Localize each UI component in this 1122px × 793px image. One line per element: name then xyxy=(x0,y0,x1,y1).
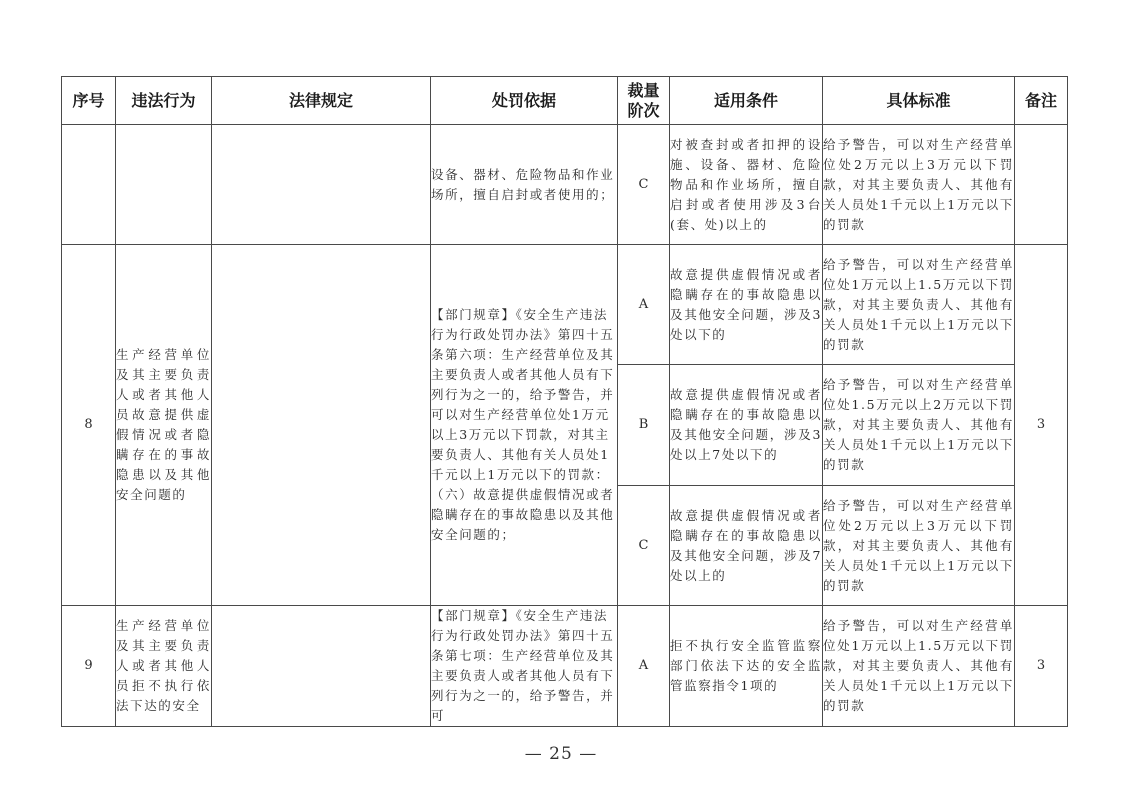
cell-standard: 给予警告，可以对生产经营单位处1.5万元以上2万元以下罚款，对其主要负责人、其他… xyxy=(823,365,1015,486)
header-level: 裁量阶次 xyxy=(618,77,670,125)
cell-seq xyxy=(62,125,116,245)
condition-text: 对被查封或者扣押的设施、设备、器材、危险物品和作业场所，擅自启封或者使用涉及3台… xyxy=(670,135,822,235)
cell-remark xyxy=(1015,125,1068,245)
cell-law xyxy=(212,125,431,245)
document-page: 序号 违法行为 法律规定 处罚依据 裁量阶次 适用条件 具体标准 备注 设备、器… xyxy=(0,0,1122,793)
standard-text: 给予警告，可以对生产经营单位处2万元以上3万元以下罚款，对其主要负责人、其他有关… xyxy=(823,135,1014,235)
header-seq: 序号 xyxy=(62,77,116,125)
cell-level: A xyxy=(618,245,670,365)
penalty-discretion-table: 序号 违法行为 法律规定 处罚依据 裁量阶次 适用条件 具体标准 备注 设备、器… xyxy=(61,76,1068,727)
cell-standard: 给予警告，可以对生产经营单位处2万元以上3万元以下罚款，对其主要负责人、其他有关… xyxy=(823,486,1015,606)
table-row-9a: 9 生产经营单位及其主要负责人或者其他人员拒不执行依法下达的安全 【部门规章】《… xyxy=(62,606,1068,727)
cell-level: C xyxy=(618,125,670,245)
standard-text: 给予警告，可以对生产经营单位处1万元以上1.5万元以下罚款，对其主要负责人、其他… xyxy=(823,616,1014,716)
cell-level: C xyxy=(618,486,670,606)
table-row-8a: 8 生产经营单位及其主要负责人或者其他人员故意提供虚假情况或者隐瞒存在的事故隐患… xyxy=(62,245,1068,365)
condition-text: 拒不执行安全监管监察部门依法下达的安全监管监察指令1项的 xyxy=(670,636,822,696)
violation-text: 生产经营单位及其主要负责人或者其他人员故意提供虚假情况或者隐瞒存在的事故隐患以及… xyxy=(116,345,211,505)
page-number: — 25 — xyxy=(0,744,1122,764)
cell-basis: 【部门规章】《安全生产违法行为行政处罚办法》第四十五条第六项：生产经营单位及其主… xyxy=(431,245,618,606)
condition-text: 故意提供虚假情况或者隐瞒存在的事故隐患以及其他安全问题，涉及3处以上7处以下的 xyxy=(670,385,822,465)
basis-text: 设备、器材、危险物品和作业场所，擅自启封或者使用的； xyxy=(431,165,617,205)
cell-standard: 给予警告，可以对生产经营单位处2万元以上3万元以下罚款，对其主要负责人、其他有关… xyxy=(823,125,1015,245)
cell-law xyxy=(212,245,431,606)
cell-condition: 故意提供虚假情况或者隐瞒存在的事故隐患以及其他安全问题，涉及3处以下的 xyxy=(670,245,823,365)
cell-standard: 给予警告，可以对生产经营单位处1万元以上1.5万元以下罚款，对其主要负责人、其他… xyxy=(823,245,1015,365)
header-violation: 违法行为 xyxy=(116,77,212,125)
cell-violation xyxy=(116,125,212,245)
cell-condition: 对被查封或者扣押的设施、设备、器材、危险物品和作业场所，擅自启封或者使用涉及3台… xyxy=(670,125,823,245)
cell-law xyxy=(212,606,431,727)
cell-condition: 拒不执行安全监管监察部门依法下达的安全监管监察指令1项的 xyxy=(670,606,823,727)
header-condition: 适用条件 xyxy=(670,77,823,125)
table-header-row: 序号 违法行为 法律规定 处罚依据 裁量阶次 适用条件 具体标准 备注 xyxy=(62,77,1068,125)
standard-text: 给予警告，可以对生产经营单位处1.5万元以上2万元以下罚款，对其主要负责人、其他… xyxy=(823,375,1014,475)
basis-text: 【部门规章】《安全生产违法行为行政处罚办法》第四十五条第七项：生产经营单位及其主… xyxy=(431,606,617,726)
violation-text: 生产经营单位及其主要负责人或者其他人员拒不执行依法下达的安全 xyxy=(116,616,211,716)
cell-seq: 9 xyxy=(62,606,116,727)
standard-text: 给予警告，可以对生产经营单位处1万元以上1.5万元以下罚款，对其主要负责人、其他… xyxy=(823,255,1014,355)
header-level-label: 裁量阶次 xyxy=(626,81,662,121)
cell-remark: 3 xyxy=(1015,245,1068,606)
cell-basis: 设备、器材、危险物品和作业场所，擅自启封或者使用的； xyxy=(431,125,618,245)
cell-remark: 3 xyxy=(1015,606,1068,727)
cell-condition: 故意提供虚假情况或者隐瞒存在的事故隐患以及其他安全问题，涉及3处以上7处以下的 xyxy=(670,365,823,486)
cell-seq: 8 xyxy=(62,245,116,606)
condition-text: 故意提供虚假情况或者隐瞒存在的事故隐患以及其他安全问题，涉及3处以下的 xyxy=(670,265,822,345)
standard-text: 给予警告，可以对生产经营单位处2万元以上3万元以下罚款，对其主要负责人、其他有关… xyxy=(823,496,1014,596)
cell-standard: 给予警告，可以对生产经营单位处1万元以上1.5万元以下罚款，对其主要负责人、其他… xyxy=(823,606,1015,727)
table-row-continued: 设备、器材、危险物品和作业场所，擅自启封或者使用的； C 对被查封或者扣押的设施… xyxy=(62,125,1068,245)
header-basis: 处罚依据 xyxy=(431,77,618,125)
cell-basis: 【部门规章】《安全生产违法行为行政处罚办法》第四十五条第七项：生产经营单位及其主… xyxy=(431,606,618,727)
cell-violation: 生产经营单位及其主要负责人或者其他人员拒不执行依法下达的安全 xyxy=(116,606,212,727)
basis-text: 【部门规章】《安全生产违法行为行政处罚办法》第四十五条第六项：生产经营单位及其主… xyxy=(431,305,617,545)
header-law: 法律规定 xyxy=(212,77,431,125)
condition-text: 故意提供虚假情况或者隐瞒存在的事故隐患以及其他安全问题，涉及7处以上的 xyxy=(670,506,822,586)
header-standard: 具体标准 xyxy=(823,77,1015,125)
cell-condition: 故意提供虚假情况或者隐瞒存在的事故隐患以及其他安全问题，涉及7处以上的 xyxy=(670,486,823,606)
cell-level: A xyxy=(618,606,670,727)
header-remark: 备注 xyxy=(1015,77,1068,125)
cell-level: B xyxy=(618,365,670,486)
cell-violation: 生产经营单位及其主要负责人或者其他人员故意提供虚假情况或者隐瞒存在的事故隐患以及… xyxy=(116,245,212,606)
